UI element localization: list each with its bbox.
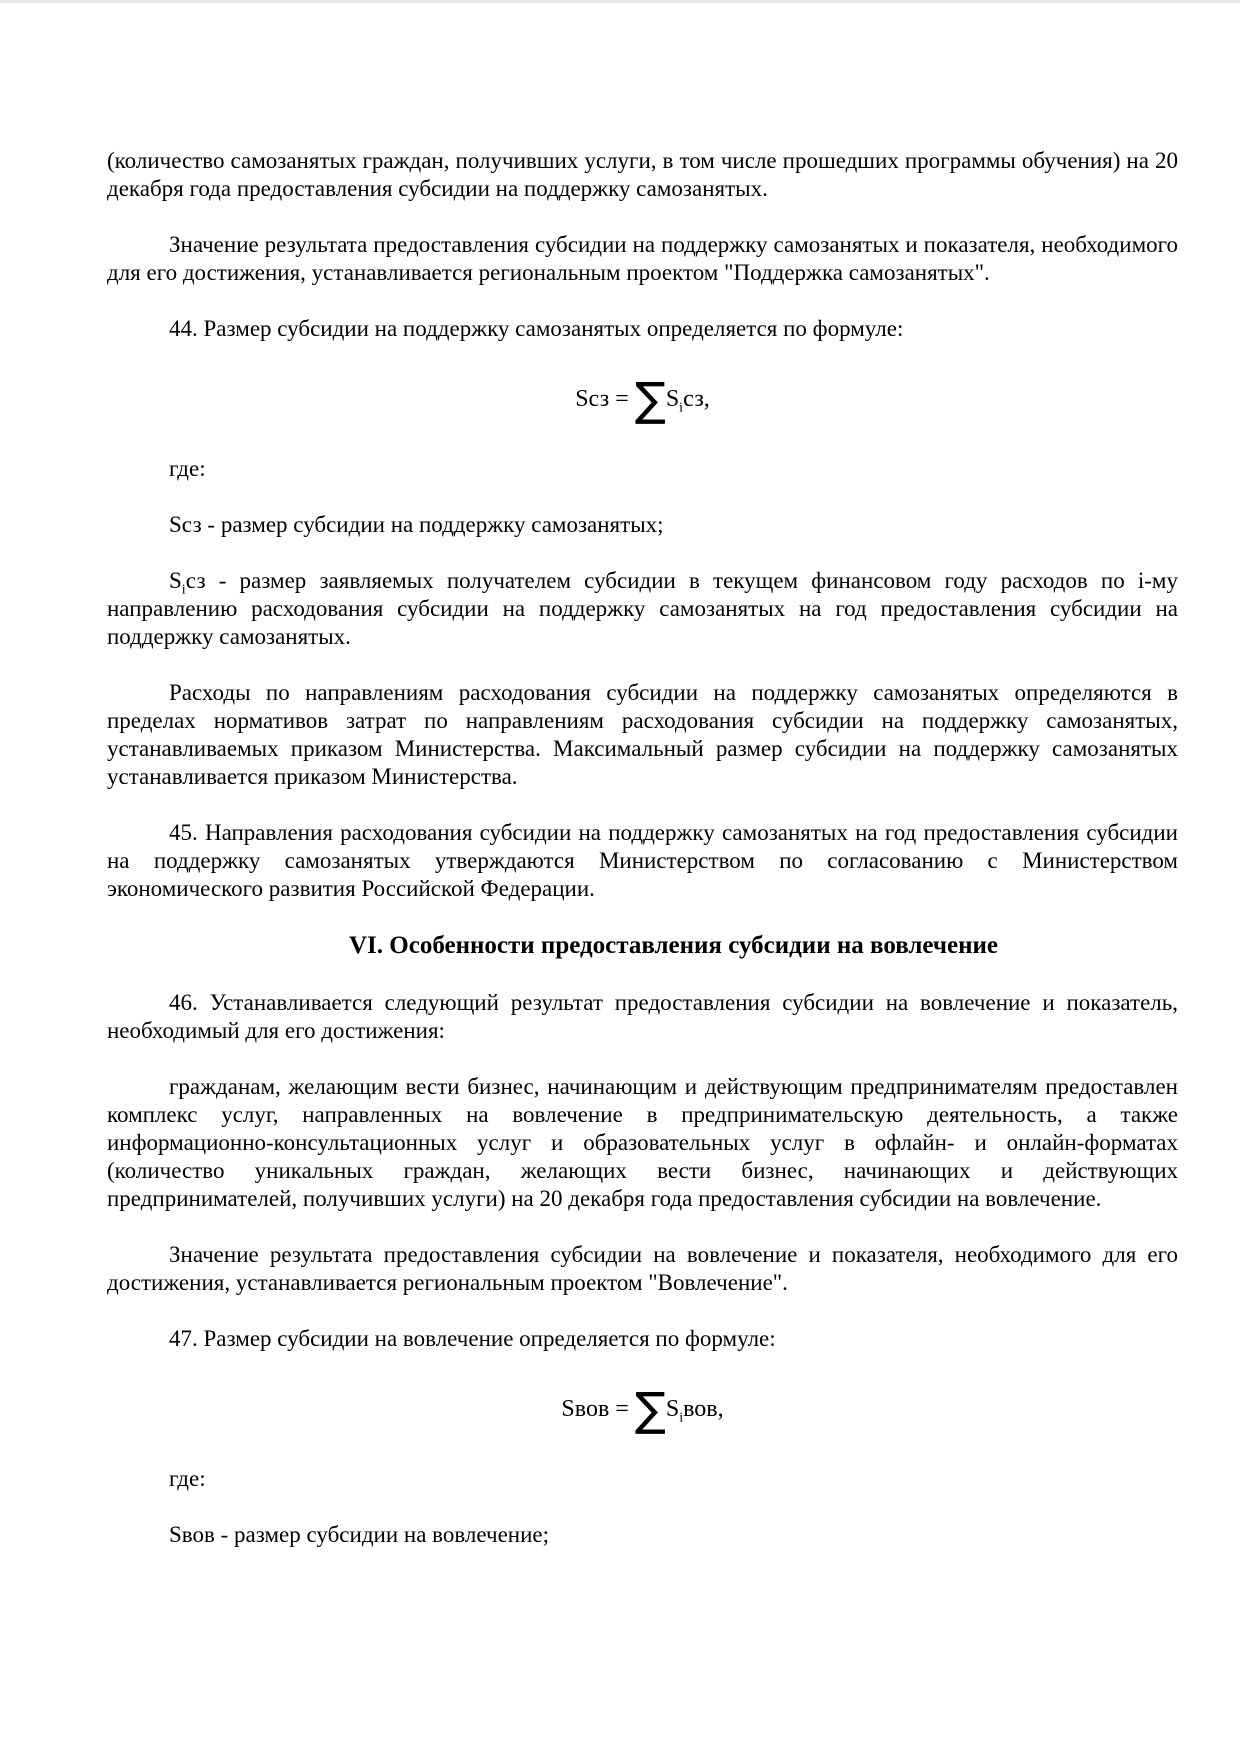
paragraph-citizens-services: гражданам, желающим вести бизнес, начина… xyxy=(107,1073,1178,1213)
formula-lhs: Sвов xyxy=(561,1396,609,1422)
paragraph-item-45: 45. Направления расходования субсидии на… xyxy=(107,819,1178,903)
paragraph-item-46: 46. Устанавливается следующий результат … xyxy=(107,989,1178,1045)
sum-symbol: ∑ xyxy=(635,372,666,426)
paragraph-continuation-intro: (количество самозанятых граждан, получив… xyxy=(107,147,1178,203)
paragraph-svov-definition: Sвов - размер субсидии на вовлечение; xyxy=(107,1521,1178,1549)
formula-term-rest: сз, xyxy=(683,386,710,412)
paragraph-ssz-definition: Sсз - размер субсидии на поддержку самоз… xyxy=(107,511,1178,539)
paragraph-expenses: Расходы по направлениям расходования суб… xyxy=(107,679,1178,791)
formula-term-rest: вов, xyxy=(683,1396,724,1422)
formula-term-base: S xyxy=(666,386,679,412)
paragraph-item-44: 44. Размер субсидии на поддержку самозан… xyxy=(107,315,1178,343)
formula-term-base: S xyxy=(666,1396,679,1422)
equals-sign: = xyxy=(609,1396,635,1422)
equals-sign: = xyxy=(609,386,635,412)
formula-lhs: Sсз xyxy=(575,386,609,412)
paragraph-where-1: где: xyxy=(107,455,1178,483)
paragraph-sisz-definition: Siсз - размер заявляемых получателем суб… xyxy=(107,567,1178,651)
formula-44-subsidy-selfemployed: Sсз = ∑Siсз, xyxy=(107,371,1178,427)
section-heading-vi: VI. Особенности предоставления субсидии … xyxy=(107,931,1178,961)
paragraph-value-involvement: Значение результата предоставления субси… xyxy=(107,1241,1178,1297)
paragraph-where-2: где: xyxy=(107,1465,1178,1493)
term-definition-text: сз - размер заявляемых получателем субси… xyxy=(107,568,1178,649)
paragraph-value-selfemployed: Значение результата предоставления субси… xyxy=(107,231,1178,287)
document-page: (количество самозанятых граждан, получив… xyxy=(107,147,1178,1577)
paragraph-item-47: 47. Размер субсидии на вовлечение опреде… xyxy=(107,1325,1178,1353)
sum-symbol: ∑ xyxy=(635,1382,666,1436)
scan-edge-artifact xyxy=(0,0,1240,3)
term-base: S xyxy=(169,568,182,593)
formula-47-subsidy-involvement: Sвов = ∑Siвов, xyxy=(107,1381,1178,1437)
